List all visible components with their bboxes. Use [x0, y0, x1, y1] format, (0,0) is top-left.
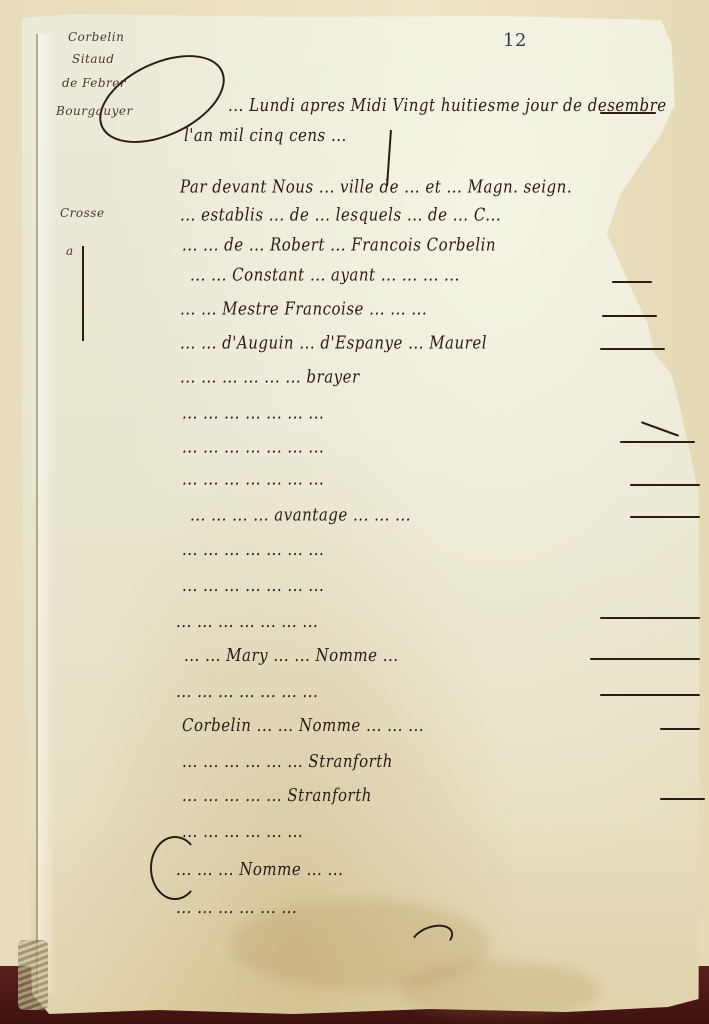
line-filler-stroke	[660, 798, 705, 800]
heading-line: l'an mil cinq cens ...	[184, 125, 347, 146]
line-filler-stroke	[600, 694, 700, 696]
margin-note: Crosse	[60, 206, 105, 220]
body-line: ... ... Constant ... ayant ... ... ... .…	[190, 265, 460, 286]
page-number: 12	[503, 30, 527, 51]
line-filler-stroke	[620, 441, 695, 443]
margin-note: Sitaud	[72, 52, 114, 66]
body-line: ... ... ... ... ... ... brayer	[180, 367, 360, 388]
frayed-binding-edge	[18, 940, 48, 1010]
line-filler-stroke	[660, 728, 700, 730]
body-line: ... ... Mestre Francoise ... ... ...	[180, 299, 427, 320]
body-line: ... ... Mary ... ... Nomme ...	[184, 645, 399, 666]
body-line: ... ... ... ... ... ... ...	[182, 575, 324, 596]
body-line: Par devant Nous ... ville de ... et ... …	[180, 177, 572, 198]
initial-flourish	[150, 836, 200, 900]
margin-bracket-line	[82, 246, 84, 341]
body-line: ... ... ... ... ... ... ...	[182, 403, 324, 424]
line-filler-stroke	[630, 484, 700, 486]
body-line: ... ... ... ... ... ... Stranforth	[182, 751, 393, 772]
body-line: ... ... ... ... avantage ... ... ...	[190, 505, 411, 526]
body-line: ... ... d'Auguin ... d'Espanye ... Maure…	[180, 333, 487, 354]
body-line: ... ... ... ... ... ... ...	[182, 437, 324, 458]
line-filler-stroke	[600, 112, 656, 114]
line-filler-stroke	[602, 315, 657, 317]
body-line: ... ... ... ... ... ... ...	[182, 539, 324, 560]
body-line: ... ... ... ... ... ... ...	[182, 469, 324, 490]
body-line: ... ... de ... Robert ... Francois Corbe…	[182, 235, 496, 256]
line-filler-stroke	[600, 348, 665, 350]
line-filler-stroke	[612, 281, 652, 283]
body-line: ... ... ... ... ... ...	[176, 897, 297, 918]
margin-note: Corbelin	[68, 30, 124, 44]
page-fold	[36, 34, 56, 994]
body-line: ... establis ... de ... lesquels ... de …	[180, 205, 501, 226]
line-filler-stroke	[630, 516, 700, 518]
margin-note: a	[66, 244, 74, 258]
body-line: ... ... ... Nomme ... ...	[176, 859, 343, 880]
body-line: Corbelin ... ... Nomme ... ... ...	[182, 715, 424, 736]
line-filler-stroke	[590, 658, 700, 660]
body-line: ... ... ... ... ... ...	[182, 821, 303, 842]
water-stain	[400, 960, 600, 1020]
body-line: ... ... ... ... ... ... ...	[176, 681, 318, 702]
body-line: ... ... ... ... ... ... ...	[176, 611, 318, 632]
body-line: ... ... ... ... ... Stranforth	[182, 785, 372, 806]
line-filler-stroke	[600, 617, 700, 619]
